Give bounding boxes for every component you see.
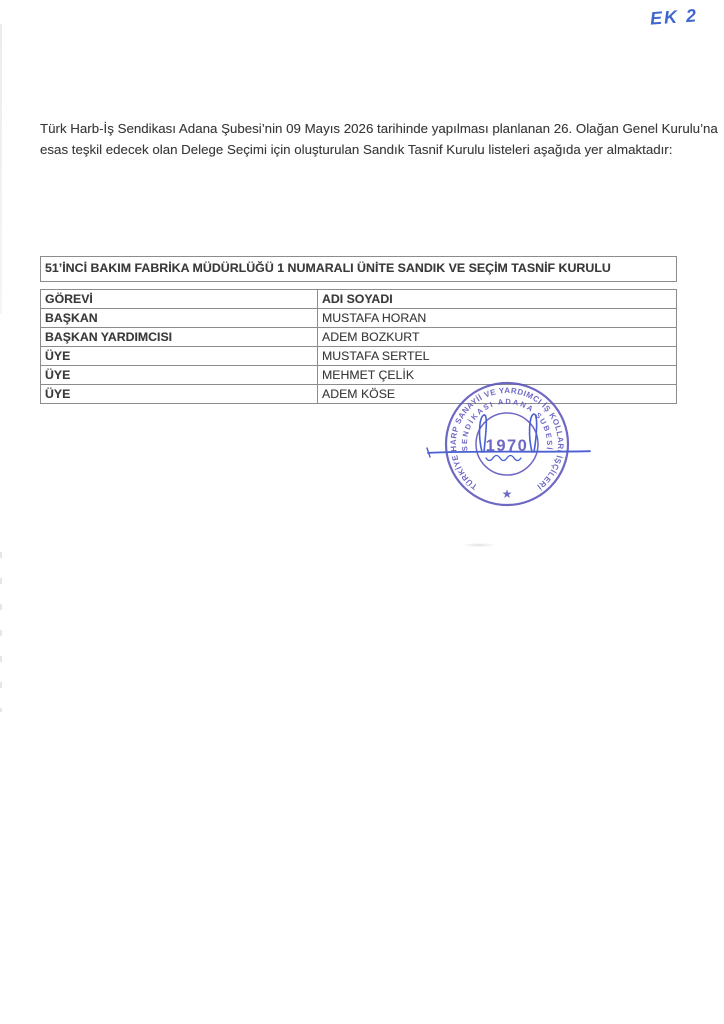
handwritten-annotation-ek2: EK 2: [649, 5, 698, 29]
scan-artifact-left-dashes: [0, 552, 2, 712]
column-header-name: ADI SOYADI: [318, 290, 677, 309]
table-row: BAŞKAN YARDIMCISI ADEM BOZKURT: [41, 328, 677, 347]
column-header-role: GÖREVİ: [41, 290, 318, 309]
intro-line-1: Türk Harb-İş Sendikası Adana Şubesi’nin …: [40, 119, 720, 140]
signature-loop-right: [530, 414, 537, 452]
name-cell: ADEM BOZKURT: [318, 328, 677, 347]
role-cell: BAŞKAN YARDIMCISI: [41, 328, 318, 347]
scan-artifact-smudge: [462, 543, 496, 547]
name-cell: MUSTAFA SERTEL: [318, 347, 677, 366]
stamp-circle-seal: TÜRKİYE HARP SANAYİİ VE YARDIMCI İŞ KOLL…: [446, 383, 568, 505]
role-cell: BAŞKAN: [41, 309, 318, 328]
intro-paragraph: Türk Harb-İş Sendikası Adana Şubesi’nin …: [40, 119, 720, 160]
signature-squiggle: [486, 456, 521, 461]
role-cell: ÜYE: [41, 347, 318, 366]
table-row: BAŞKAN MUSTAFA HORAN: [41, 309, 677, 328]
role-cell: ÜYE: [41, 366, 318, 385]
name-cell: MUSTAFA HORAN: [318, 309, 677, 328]
union-stamp-and-signature: TÜRKİYE HARP SANAYİİ VE YARDIMCI İŞ KOLL…: [420, 374, 600, 514]
intro-line-2: esas teşkil edecek olan Delege Seçimi iç…: [40, 140, 720, 161]
scanned-document-page: EK 2 Türk Harb-İş Sendikası Adana Şubesi…: [0, 0, 724, 1024]
scan-artifact-left-edge: [0, 24, 2, 314]
table-row: ÜYE MUSTAFA SERTEL: [41, 347, 677, 366]
table-title-bar: 51’İNCİ BAKIM FABRİKA MÜDÜRLÜĞÜ 1 NUMARA…: [40, 256, 677, 282]
stamp-star-icon: ★: [502, 487, 513, 501]
role-cell: ÜYE: [41, 385, 318, 404]
table-header-row: GÖREVİ ADI SOYADI: [41, 290, 677, 309]
signature-loop-left: [480, 415, 487, 452]
